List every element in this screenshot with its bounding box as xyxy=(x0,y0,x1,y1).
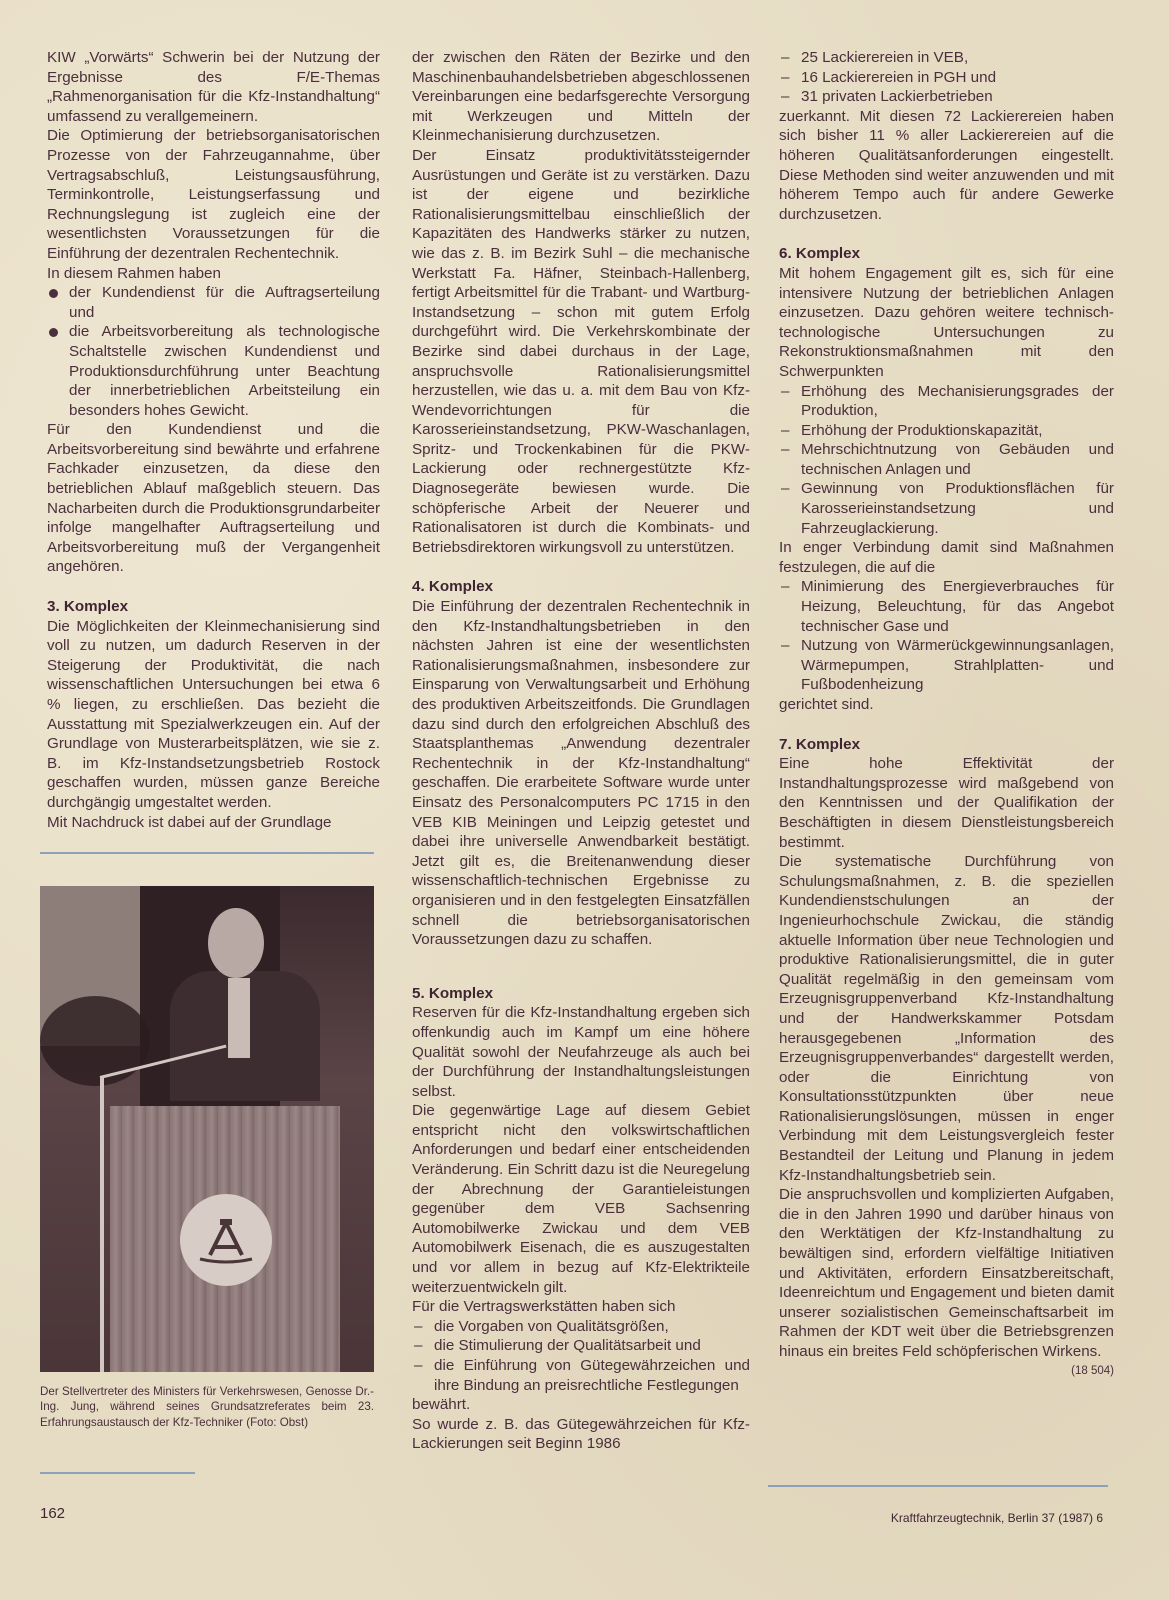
paragraph: In diesem Rahmen haben xyxy=(47,264,380,284)
column-2: der zwischen den Räten der Bezirke und d… xyxy=(412,48,750,1454)
paragraph: Für die Vertragswerkstätten haben sich xyxy=(412,1297,750,1317)
paragraph: In enger Verbindung damit sind Maßnahmen… xyxy=(779,538,1114,577)
paragraph: der zwischen den Räten der Bezirke und d… xyxy=(412,48,750,146)
speaker-photo xyxy=(40,886,374,1372)
list-item: 25 Lackierereien in VEB, xyxy=(779,48,1114,68)
list-item: die Einführung von Gütegewährzeichen und… xyxy=(412,1356,750,1395)
section-heading-5: 5. Komplex xyxy=(412,984,750,1004)
dash-list: Erhöhung des Mechanisierungsgrades der P… xyxy=(779,382,1114,539)
list-item: 16 Lackierereien in PGH und xyxy=(779,68,1114,88)
list-item: der Kundendienst für die Auftragserteilu… xyxy=(47,283,380,322)
dash-list: 25 Lackierereien in VEB, 16 Lackierereie… xyxy=(779,48,1114,107)
dash-list: Minimierung des Energieverbrauches für H… xyxy=(779,577,1114,695)
paragraph: Die Möglichkeiten der Kleinmechanisierun… xyxy=(47,617,380,813)
paragraph: Reserven für die Kfz-Instandhaltung erge… xyxy=(412,1003,750,1101)
list-item: Nutzung von Wärmerückgewinnungsanlagen, … xyxy=(779,636,1114,695)
paragraph: Die Einführung der dezentralen Rechentec… xyxy=(412,597,750,950)
dash-list: die Vorgaben von Qualitätsgrößen, die St… xyxy=(412,1317,750,1395)
article-reference-number: (18 504) xyxy=(779,1362,1114,1382)
emblem-icon xyxy=(180,1194,272,1286)
paragraph: KIW „Vorwärts“ Schwerin bei der Nutzung … xyxy=(47,48,380,126)
divider xyxy=(768,1485,1108,1487)
paragraph: Die systematische Durchführung von Schul… xyxy=(779,852,1114,1185)
divider xyxy=(40,852,374,854)
paragraph: Eine hohe Effektivität der Instandhaltun… xyxy=(779,754,1114,852)
paragraph: zuerkannt. Mit diesen 72 Lackierereien h… xyxy=(779,107,1114,225)
paragraph: Mit Nachdruck ist dabei auf der Grundlag… xyxy=(47,813,380,833)
paragraph: Der Einsatz produktivitätssteigernder Au… xyxy=(412,146,750,557)
list-item: die Stimulierung der Qualitätsarbeit und xyxy=(412,1336,750,1356)
list-item: Minimierung des Energieverbrauches für H… xyxy=(779,577,1114,636)
list-item: Gewinnung von Produktionsflächen für Kar… xyxy=(779,479,1114,538)
column-1: KIW „Vorwärts“ Schwerin bei der Nutzung … xyxy=(47,48,380,832)
list-item: Erhöhung der Produktionskapazität, xyxy=(779,421,1114,441)
paragraph: Die anspruchsvollen und komplizierten Au… xyxy=(779,1185,1114,1361)
section-heading-6: 6. Komplex xyxy=(779,244,1114,264)
page-number: 162 xyxy=(40,1505,65,1522)
photo-caption: Der Stellvertreter des Ministers für Ver… xyxy=(40,1384,374,1430)
paragraph: bewährt. xyxy=(412,1395,750,1415)
paragraph: Für den Kundendienst und die Arbeitsvorb… xyxy=(47,420,380,577)
divider xyxy=(40,1472,195,1474)
list-item: Erhöhung des Mechanisierungsgrades der P… xyxy=(779,382,1114,421)
paragraph: Die Optimierung der betriebsorganisatori… xyxy=(47,126,380,263)
paragraph: Die gegenwärtige Lage auf diesem Gebiet … xyxy=(412,1101,750,1297)
list-item: die Vorgaben von Qualitätsgrößen, xyxy=(412,1317,750,1337)
list-item: 31 privaten Lackierbetrieben xyxy=(779,87,1114,107)
paragraph: So wurde z. B. das Gütegewährzeichen für… xyxy=(412,1415,750,1454)
list-item: Mehrschichtnutzung von Gebäuden und tech… xyxy=(779,440,1114,479)
paragraph: gerichtet sind. xyxy=(779,695,1114,715)
section-heading-3: 3. Komplex xyxy=(47,597,380,617)
section-heading-4: 4. Komplex xyxy=(412,577,750,597)
section-heading-7: 7. Komplex xyxy=(779,735,1114,755)
bullet-list: der Kundendienst für die Auftragserteilu… xyxy=(47,283,380,420)
list-item: die Arbeitsvorbereitung als technologisc… xyxy=(47,322,380,420)
paragraph: Mit hohem Engagement gilt es, sich für e… xyxy=(779,264,1114,382)
column-3: 25 Lackierereien in VEB, 16 Lackierereie… xyxy=(779,48,1114,1381)
journal-citation: Kraftfahrzeugtechnik, Berlin 37 (1987) 6 xyxy=(891,1511,1103,1525)
